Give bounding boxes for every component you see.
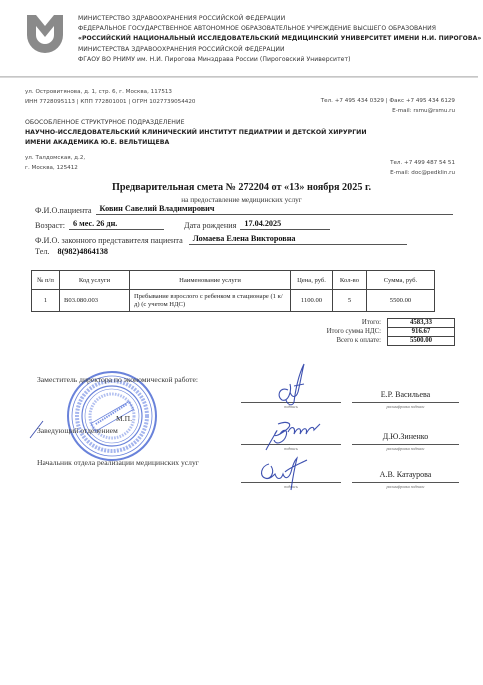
subtotal-value: 4583,33 — [387, 318, 455, 327]
decoding-line-2 — [352, 444, 459, 445]
university-address: ул. Островитянова, д. 1, стр. 6, г. Моск… — [25, 88, 195, 107]
department-line1: ОБОСОБЛЕННОЕ СТРУКТУРНОЕ ПОДРАЗДЕЛЕНИЕ — [25, 118, 367, 128]
address-line: ул. Островитянова, д. 1, стр. 6, г. Моск… — [25, 88, 195, 98]
cell-sum: 5500.00 — [367, 290, 435, 312]
col-sum: Сумма, руб. — [367, 271, 435, 290]
col-number: № п/п — [32, 271, 60, 290]
patient-name-row: Ф.И.О.пациента Ковин Савелий Владимирови… — [35, 203, 453, 215]
letterhead-divider — [0, 76, 478, 78]
signer-role-head-of-department: Заведующий отделением — [37, 425, 118, 436]
table-header-row: № п/п Код услуги Наименование услуги Цен… — [32, 271, 435, 290]
department-address-line1: ул. Талдомская, д.2, — [25, 154, 85, 164]
age-value: 6 мес. 26 дн. — [69, 218, 164, 230]
decoding-line-3 — [352, 482, 459, 483]
department-address: ул. Талдомская, д.2, г. Москва, 125412 — [25, 154, 85, 173]
phone-fax: Тел. +7 495 434 0329 | Факс +7 495 434 6… — [321, 97, 455, 107]
decoding-line-1 — [352, 402, 459, 403]
signer-name-1: Е.Р. Васильева — [352, 390, 459, 399]
letterhead-university-name: «РОССИЙСКИЙ НАЦИОНАЛЬНЫЙ ИССЛЕДОВАТЕЛЬСК… — [78, 34, 481, 44]
table-row: 1 B03.080.003 Пребывание взрослого с реб… — [32, 290, 435, 312]
handwritten-signature-1-icon — [270, 362, 310, 408]
university-contacts: Тел. +7 495 434 0329 | Факс +7 495 434 6… — [321, 97, 455, 116]
email: E-mail: rsmu@rsmu.ru — [321, 107, 455, 117]
document-title: Предварительная смета № 272204 от «13» н… — [0, 182, 483, 193]
department-contacts: Тел. +7 499 487 54 51 E-mail: doc@pedkli… — [390, 159, 455, 178]
patient-age-row: Возраст: 6 мес. 26 дн. Дата рождения 17.… — [35, 218, 330, 230]
total-row: Всего к оплате: 5500.00 — [327, 336, 455, 345]
stamp-place-label: М.П. — [116, 414, 132, 423]
signer-name-2: Д.Ю.Зиненко — [352, 432, 459, 441]
rnimu-logo-icon — [25, 13, 65, 55]
department-email: E-mail: doc@pedklin.ru — [390, 169, 455, 179]
services-table: № п/п Код услуги Наименование услуги Цен… — [31, 270, 435, 312]
department-address-line2: г. Москва, 125412 — [25, 164, 85, 174]
department-block: ОБОСОБЛЕННОЕ СТРУКТУРНОЕ ПОДРАЗДЕЛЕНИЕ Н… — [25, 118, 367, 147]
signer-role-head-of-sales: Начальник отдела реализации медицинских … — [37, 457, 207, 468]
col-qty: Кол-во — [333, 271, 367, 290]
letterhead-short-name: ФГАОУ ВО РНИМУ им. Н.И. Пирогова Минздра… — [78, 55, 481, 65]
subtotal-row: Итого: 4583,33 — [327, 318, 455, 327]
handwritten-signature-2-icon — [258, 418, 328, 454]
cell-qty: 5 — [333, 290, 367, 312]
decoding-caption-3: расшифровка подписи — [352, 484, 459, 489]
letterhead-ministry-2: МИНИСТЕРСТВА ЗДРАВООХРАНЕНИЯ РОССИЙСКОЙ … — [78, 45, 481, 55]
signer-name-3: А.В. Катаурова — [352, 470, 459, 479]
age-label: Возраст: — [35, 221, 65, 230]
department-line3: ИМЕНИ АКАДЕМИКА Ю.Е. ВЕЛЬТИЩЕВА — [25, 138, 367, 148]
cell-code: B03.080.003 — [60, 290, 130, 312]
patient-name-value: Ковин Савелий Владимирович — [96, 203, 453, 215]
cell-price: 1100.00 — [291, 290, 333, 312]
phone-label: Тел. — [35, 247, 49, 256]
totals-block: Итого: 4583,33 Итого сумма НДС: 916.67 В… — [327, 318, 455, 345]
col-code: Код услуги — [60, 271, 130, 290]
col-service-name: Наименование услуги — [130, 271, 291, 290]
phone-row: Тел. 8(982)4864138 — [35, 247, 108, 256]
col-price: Цена, руб. — [291, 271, 333, 290]
decoding-caption-2: расшифровка подписи — [352, 446, 459, 451]
letterhead: МИНИСТЕРСТВО ЗДРАВООХРАНЕНИЯ РОССИЙСКОЙ … — [78, 14, 481, 65]
total-value: 5500.00 — [387, 336, 455, 346]
pen-stroke-icon — [28, 418, 46, 440]
decoding-caption-1: расшифровка подписи — [352, 404, 459, 409]
representative-label: Ф.И.О. законного представителя пациента — [35, 236, 183, 245]
dob-value: 17.04.2025 — [240, 218, 330, 230]
phone-value: 8(982)4864138 — [57, 247, 107, 256]
cell-number: 1 — [32, 290, 60, 312]
letterhead-ministry: МИНИСТЕРСТВО ЗДРАВООХРАНЕНИЯ РОССИЙСКОЙ … — [78, 14, 481, 24]
department-phone: Тел. +7 499 487 54 51 — [390, 159, 455, 169]
department-line2: НАУЧНО-ИССЛЕДОВАТЕЛЬСКИЙ КЛИНИЧЕСКИЙ ИНС… — [25, 128, 367, 138]
requisites-line: ИНН 7728095113 | КПП 772801001 | ОГРН 10… — [25, 98, 195, 108]
cell-service-name: Пребывание взрослого с ребенком в стацио… — [130, 290, 291, 312]
representative-row: Ф.И.О. законного представителя пациента … — [35, 233, 407, 245]
handwritten-signature-3-icon — [255, 456, 315, 492]
representative-value: Ломаева Елена Викторовна — [189, 233, 407, 245]
subtotal-label: Итого: — [362, 319, 387, 326]
letterhead-institution-type: ФЕДЕРАЛЬНОЕ ГОСУДАРСТВЕННОЕ АВТОНОМНОЕ О… — [78, 24, 481, 34]
patient-name-label: Ф.И.О.пациента — [35, 206, 92, 215]
dob-label: Дата рождения — [184, 221, 236, 230]
total-label: Всего к оплате: — [336, 337, 387, 344]
vat-label: Итого сумма НДС: — [327, 328, 387, 335]
signer-role-deputy-director: Заместитель директора по экономической р… — [37, 374, 207, 385]
